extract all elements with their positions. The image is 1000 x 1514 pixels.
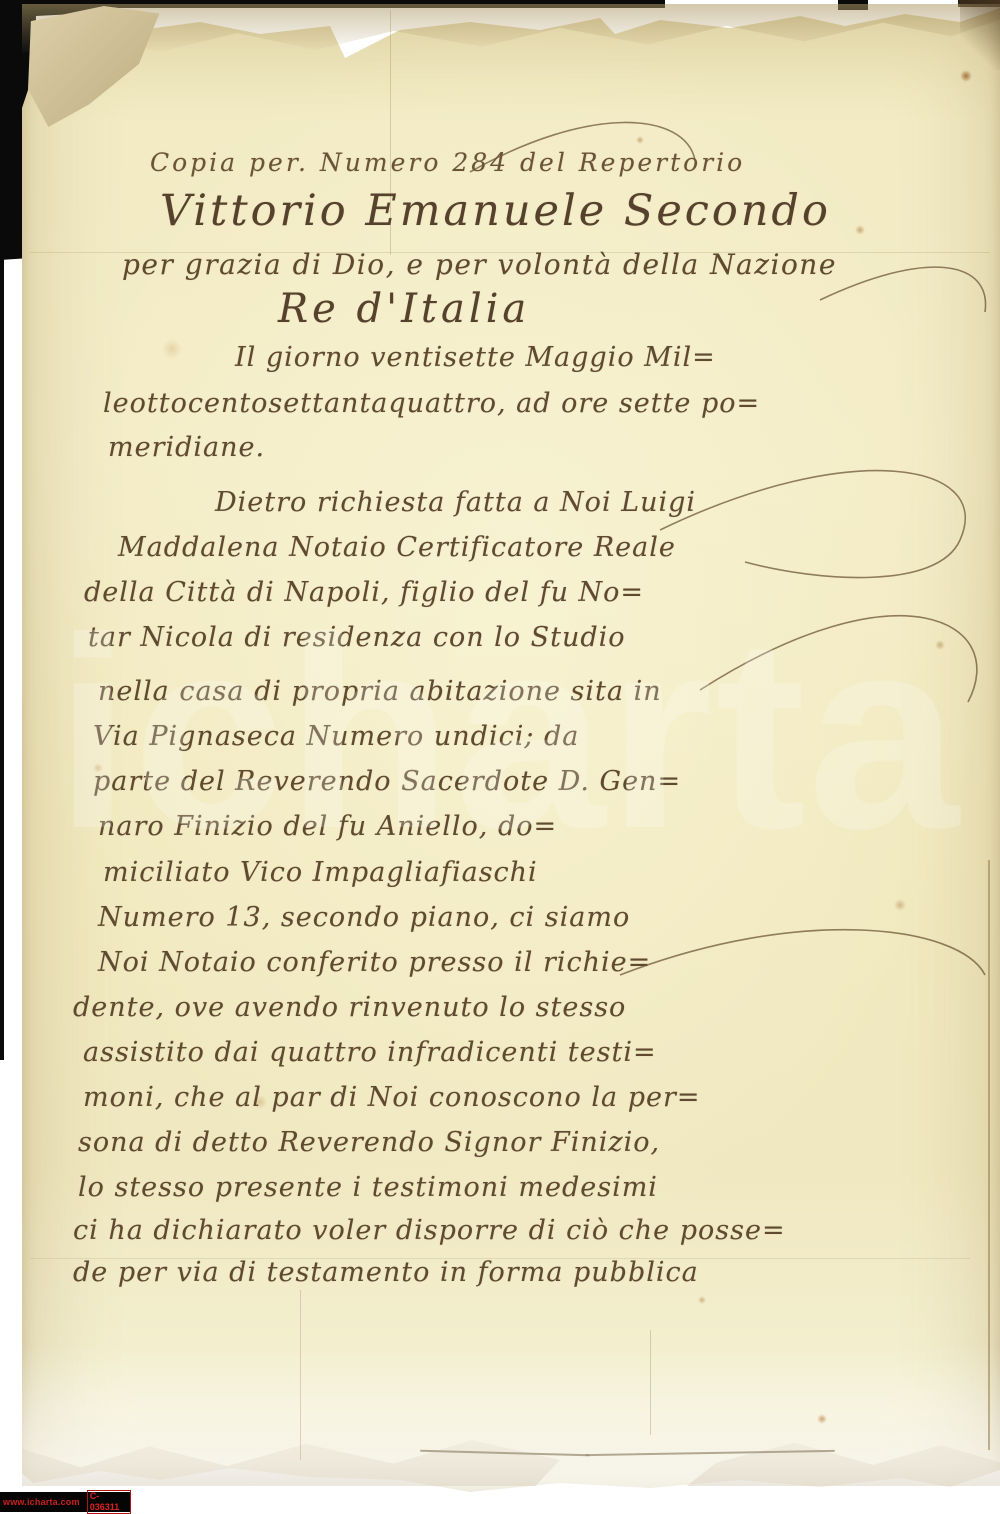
manuscript-line: Noi Notaio conferito presso il richie=: [98, 947, 651, 978]
manuscript-line: ci ha dichiarato voler disporre di ciò c…: [73, 1215, 786, 1246]
manuscript-line: miciliato Vico Impagliafiaschi: [103, 857, 538, 888]
manuscript-line: nella casa di propria abitazione sita in: [98, 676, 662, 707]
manuscript-line: Via Pignaseca Numero undici; da: [93, 721, 579, 752]
manuscript-line: moni, che al par di Noi conoscono la per…: [83, 1082, 701, 1113]
label-website: www.icharta.com: [3, 1497, 80, 1507]
manuscript-line: leottocentosettantaquattro, ad ore sette…: [103, 388, 760, 419]
manuscript-line: Il giorno ventisette Maggio Mil=: [235, 342, 716, 373]
manuscript-line: della Città di Napoli, figlio del fu No=: [84, 577, 644, 608]
manuscript-line: assistito dai quattro infradicenti testi…: [83, 1037, 657, 1068]
scanned-document: Copia per. Numero 284 del Repertorio Vit…: [0, 0, 1000, 1514]
manuscript-line: Numero 13, secondo piano, ci siamo: [98, 902, 630, 933]
manuscript-line: parte del Reverendo Sacerdote D. Gen=: [93, 766, 681, 797]
manuscript-line: lo stesso presente i testimoni medesimi: [78, 1172, 658, 1203]
king-of-italy-line: Re d'Italia: [278, 286, 530, 332]
scan-label-bar: www.icharta.com C-036311: [0, 1492, 131, 1512]
manuscript-line: sona di detto Reverendo Signor Finizio,: [78, 1127, 660, 1158]
document-title: Vittorio Emanuele Secondo: [160, 186, 831, 236]
manuscript-line: naro Finizio del fu Aniello, do=: [98, 811, 557, 842]
manuscript-line: tar Nicola di residenza con lo Studio: [88, 622, 626, 653]
manuscript-line: dente, ove avendo rinvenuto lo stesso: [73, 992, 626, 1023]
manuscript-line: Maddalena Notaio Certificatore Reale: [118, 532, 676, 563]
manuscript-line: de per via di testamento in forma pubbli…: [73, 1257, 699, 1288]
grace-of-god-line: per grazia di Dio, e per volontà della N…: [122, 248, 837, 281]
scanner-edge-left: [0, 0, 4, 1060]
repertorio-header-line: Copia per. Numero 284 del Repertorio: [150, 148, 745, 177]
label-catalog-code: C-036311: [87, 1490, 131, 1514]
manuscript-line: Dietro richiesta fatta a Noi Luigi: [215, 487, 696, 518]
manuscript-line: meridiane.: [108, 432, 265, 463]
